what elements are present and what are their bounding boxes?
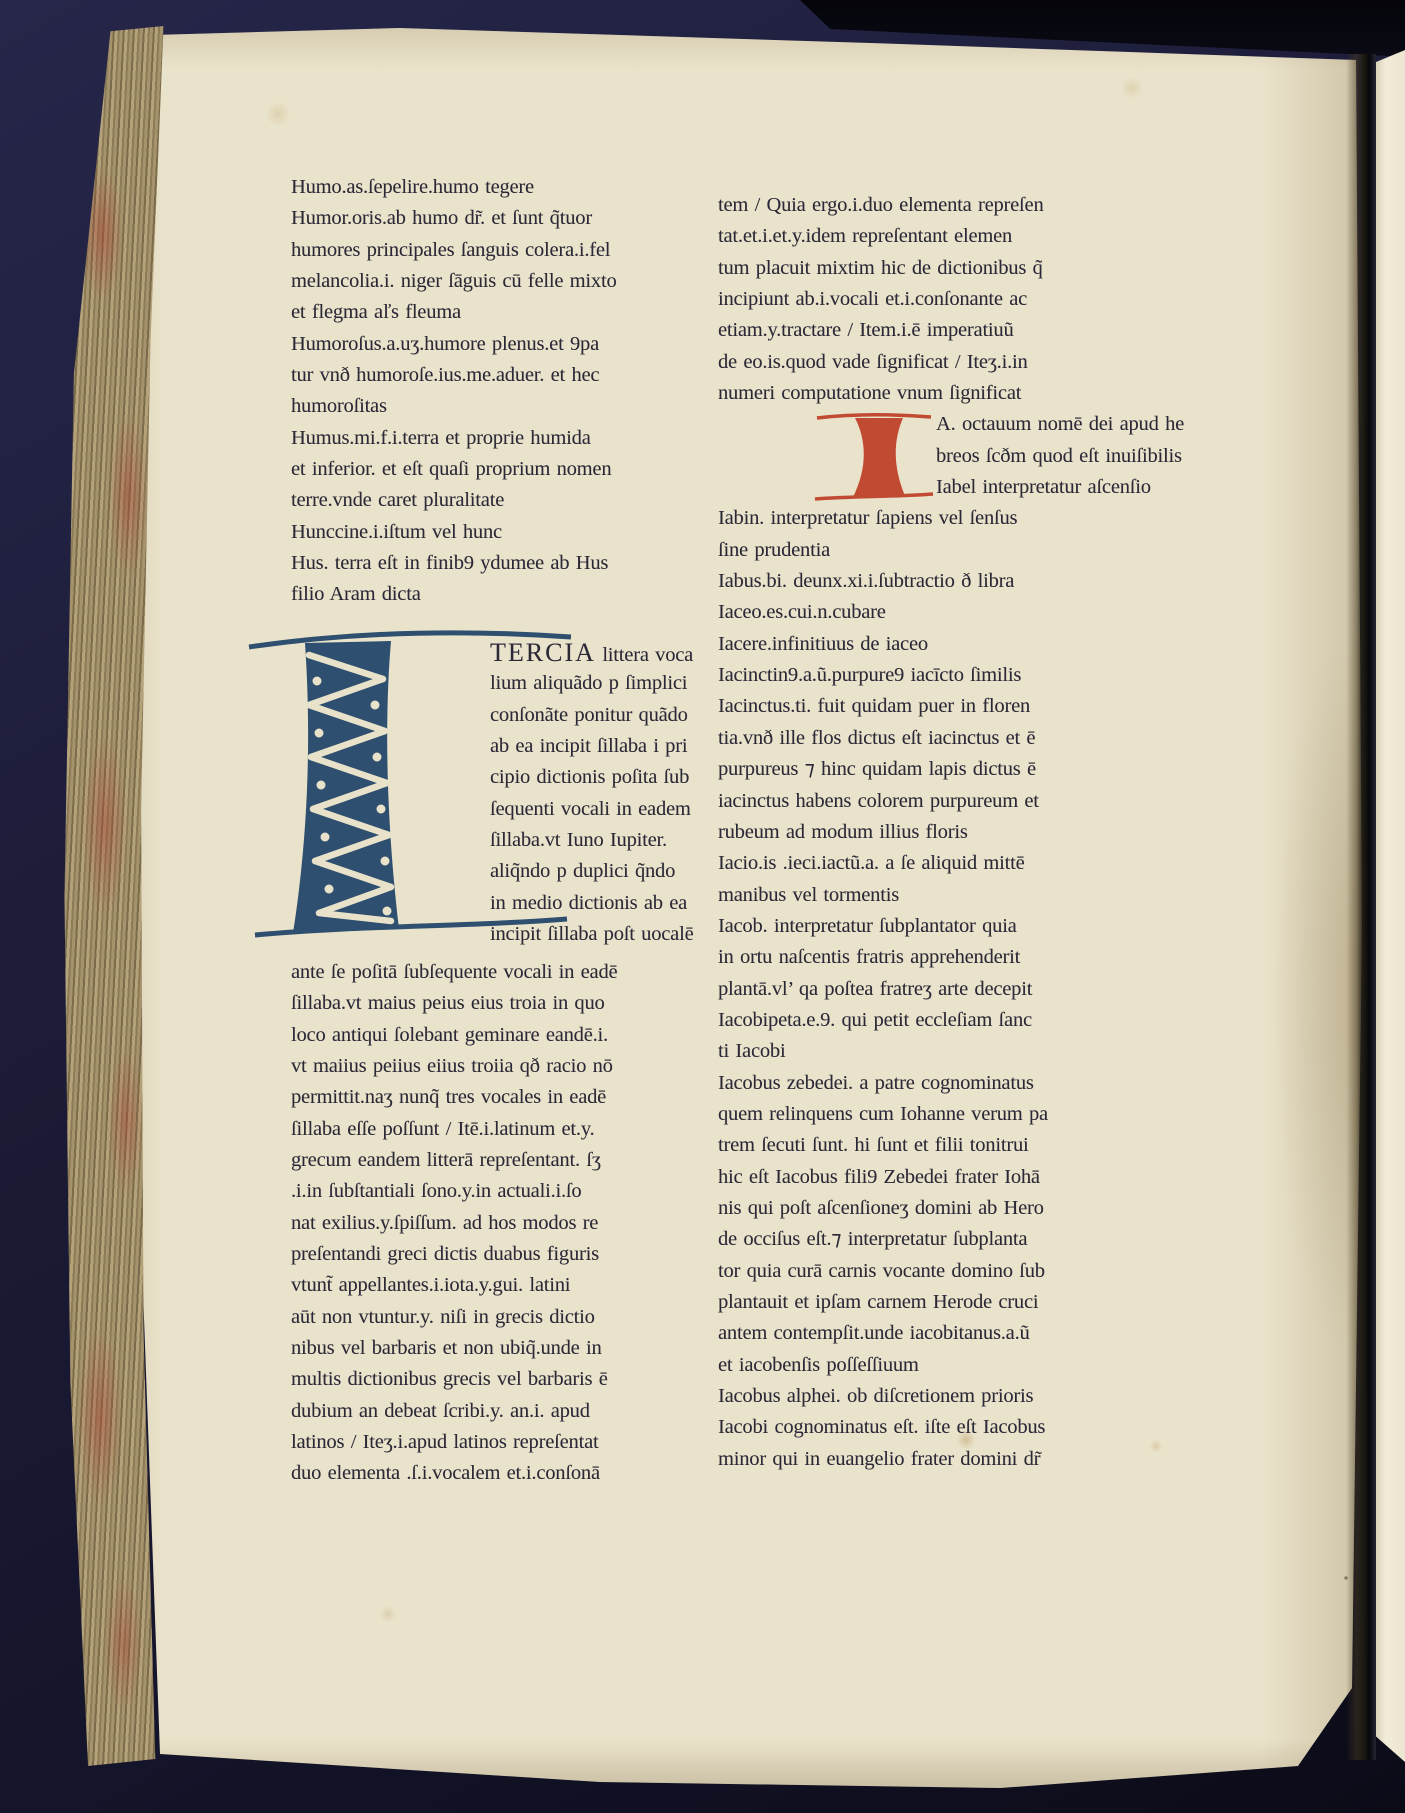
text-line: tum placuit mixtim hic de dictionibus q̃ [718,253,1142,284]
text-line: multis dictionibus grecis vel barbaris ē [291,1364,693,1395]
initial-wrapped-lines: A. octauum nomē dei apud hebreos ſcðm qu… [936,409,1142,503]
text-line: tur vnð humoroſe.ius.me.aduer. et hec [291,360,693,391]
text-line: plantā.vl’ qa poſtea fratreʒ arte decepi… [718,974,1142,1005]
text-line: Iabel interpretatur aſcenſio [936,472,1142,503]
text-line: ti Iacobi [718,1036,1142,1067]
text-line: Iacobipeta.e.9. qui petit eccleſiam ſanc [718,1005,1142,1036]
book-page: Humo.as.ſepelire.humo tegereHumor.oris.a… [100,26,1362,1792]
text-line: humores principales ſanguis colera.i.fel [291,235,693,266]
rubricated-paragraph: A. octauum nomē dei apud hebreos ſcðm qu… [718,409,1142,503]
illuminated-initial-I-blue-icon [245,621,575,951]
tercia-rest: littera voca [596,644,693,666]
text-line: ſine prudentia [718,535,1142,566]
text-line: aūt non vtuntur.y. niſi in grecis dictio [291,1302,693,1333]
text-line: tat.et.i.et.y.idem repreſentant elemen [718,221,1142,252]
text-line: nibus vel barbaris et non ubiq̃.unde in [291,1333,693,1364]
text-line: Iacio.is .ieci.iactũ.a. a ſe aliquid mit… [718,848,1142,879]
text-line: Humor.oris.ab humo dr̃. et ſunt q̃tuor [291,203,693,234]
text-line: preſentandi greci dictis duabus figuris [291,1239,693,1270]
text-line: Iacob. interpretatur ſubplantator quia [718,911,1142,942]
text-line: Iacobi cognominatus eſt. iſte eſt Iacobu… [718,1412,1142,1443]
text-line: duo elementa .ſ.i.vocalem et.i.conſonā [291,1458,693,1489]
paragraph-end-block: tem / Quia ergo.i.duo elementa repreſent… [718,190,1142,409]
text-line: rubeum ad modum illius floris [718,817,1142,848]
text-line: latinos / Iteʒ.i.apud latinos repreſenta… [291,1427,693,1458]
text-line: Iacere.infinitiuus de iaceo [718,629,1142,660]
dictionary-entries-block: Iabin. interpretatur ſapiens vel ſenſusſ… [718,503,1142,1475]
open-book-photograph: Humo.as.ſepelire.humo tegereHumor.oris.a… [0,0,1405,1813]
text-line: purpureus ⁊ hinc quidam lapis dictus ē [718,754,1142,785]
text-line: trem ſecuti ſunt. hi ſunt et filii tonit… [718,1130,1142,1161]
text-line: manibus vel tormentis [718,880,1142,911]
text-line: Hus. terra eſt in finib9 ydumee ab Hus [291,548,693,579]
text-line: Humo.as.ſepelire.humo tegere [291,172,693,203]
text-line: vtunt̃ appellantes.i.iota.y.gui. latini [291,1270,693,1301]
text-line: incipiunt ab.i.vocali et.i.conſonante ac [718,284,1142,315]
rubricated-initial-I-red-icon [813,409,935,504]
text-line: ſillaba.vt maius peius eius troia in quo [291,988,693,1019]
text-line: tor quia curā carnis vocante domino ſub [718,1256,1142,1287]
text-line: nat exilius.y.ſpiſſum. ad hos modos re [291,1208,693,1239]
text-line: filio Aram dicta [291,579,693,610]
text-line: in ortu naſcentis fratris apprehenderit [718,942,1142,973]
text-line: melancolia.i. niger ſāguis cū felle mixt… [291,266,693,297]
text-line: grecum eandem litterā repreſentant. ſʒ [291,1145,693,1176]
text-line: Iacinctus.ti. fuit quidam puer in floren [718,691,1142,722]
text-line: de occiſus eſt.⁊ interpretatur ſubplanta [718,1224,1142,1255]
paragraph-continuation: ante ſe poſitā ſubſequente vocali in ead… [291,957,693,1490]
text-line: nis qui poſt aſcenſioneʒ domini ab Hero [718,1193,1142,1224]
text-line: terre.vnde caret pluralitate [291,485,693,516]
text-line: breos ſcðm quod eſt inuiſibilis [936,441,1142,472]
text-line: Iacobus alphei. ob diſcretionem prioris [718,1381,1142,1412]
text-line: ſillaba eſſe poſſunt / Itē.i.latinum et.… [291,1114,693,1145]
left-text-column: Humo.as.ſepelire.humo tegereHumor.oris.a… [291,172,693,1490]
text-line: numeri computatione vnum ſignificat [718,378,1142,409]
text-line: dubium an debeat ſcribi.y. an.i. apud [291,1396,693,1427]
text-line: et flegma aľs fleuma [291,297,693,328]
text-line: et iacobenſis poſſeſſiuum [718,1350,1142,1381]
text-line: plantauit et ipſam carnem Herode cruci [718,1287,1142,1318]
text-line: Iacobus zebedei. a patre cognominatus [718,1068,1142,1099]
text-line: quem relinquens cum Iohanne verum pa [718,1099,1142,1130]
text-line: Iaceo.es.cui.n.cubare [718,597,1142,628]
text-line: antem contempſit.unde iacobitanus.a.ũ [718,1318,1142,1349]
dictionary-entries-block: Humo.as.ſepelire.humo tegereHumor.oris.a… [291,172,693,611]
text-line: hic eſt Iacobus fili9 Zebedei frater Ioh… [718,1162,1142,1193]
text-line: ante ſe poſitā ſubſequente vocali in ead… [291,957,693,988]
text-line: Hunccine.i.iſtum vel hunc [291,517,693,548]
text-line: Iabus.bi. deunx.xi.i.ſubtractio ð libra [718,566,1142,597]
text-line: loco antiqui ſolebant geminare eandē.i. [291,1020,693,1051]
text-line: minor qui in euangelio frater domini dr̃ [718,1444,1142,1475]
text-line: iacinctus habens colorem purpureum et [718,786,1142,817]
text-line: Humoroſus.a.uʒ.humore plenus.et 9pa [291,329,693,360]
text-line: A. octauum nomē dei apud he [936,409,1142,440]
text-line: vt maiius peiius eiius troiia qð racio n… [291,1051,693,1082]
text-line: etiam.y.tractare / Item.i.ē imperatiuũ [718,315,1142,346]
text-line: tem / Quia ergo.i.duo elementa repreſen [718,190,1142,221]
right-text-column: tem / Quia ergo.i.duo elementa repreſent… [718,190,1142,1475]
text-line: Humus.mi.f.i.terra et proprie humida [291,423,693,454]
text-line: tia.vnð ille flos dictus eſt iacinctus e… [718,723,1142,754]
tercia-paragraph: TERCIA littera voca lium aliquãdo p ſimp… [291,637,693,951]
text-line: humoroſitas [291,391,693,422]
text-line: Iabin. interpretatur ſapiens vel ſenſus [718,503,1142,534]
text-line: permittit.naʒ nunq̃ tres vocales in eadē [291,1082,693,1113]
text-line: Iacinctin9.a.ũ.purpure9 iacīcto ſimilis [718,660,1142,691]
gutter-shadow [1346,54,1376,1760]
text-line: de eo.is.quod vade ſignificat / Iteʒ.i.i… [718,347,1142,378]
text-line: et inferior. et eſt quaſi proprium nomen [291,454,693,485]
text-line: .i.in ſubſtantiali ſono.y.in actuali.i.ſ… [291,1176,693,1207]
